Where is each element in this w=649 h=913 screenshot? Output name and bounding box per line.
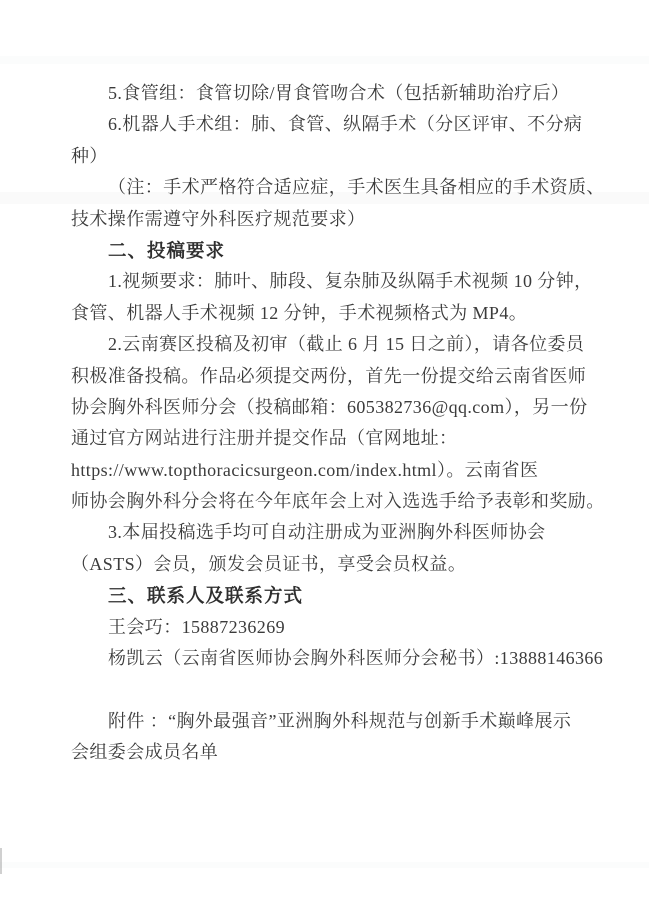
text-line: （注：手术严格符合适应症，手术医生具备相应的手术资质、 [71,172,578,203]
text-line: 积极准备投稿。作品必须提交两份，首先一份提交给云南省医师 [71,361,578,392]
document-page: 5.食管组：食管切除/胃食管吻合术（包括新辅助治疗后）6.机器人手术组：肺、食管… [0,0,649,913]
text-line: 6.机器人手术组：肺、食管、纵隔手术（分区评审、不分病 [71,109,578,140]
text-line: 5.食管组：食管切除/胃食管吻合术（包括新辅助治疗后） [71,78,578,109]
text-line: 1.视频要求：肺叶、肺段、复杂肺及纵隔手术视频 10 分钟， [71,266,578,297]
text-line: 食管、机器人手术视频 12 分钟，手术视频格式为 MP4。 [71,298,578,329]
text-line: 种） [71,141,578,172]
blank-line [71,674,578,705]
text-line: 附件 ：“胸外最强音”亚洲胸外科规范与创新手术巅峰展示 [71,706,578,737]
text-line: （ASTS）会员，颁发会员证书，享受会员权益。 [71,549,578,580]
text-line: 协会胸外科医师分会（投稿邮箱：605382736@qq.com），另一份 [71,392,578,423]
scan-edge-mark [0,848,2,874]
text-line: 技术操作需遵守外科医疗规范要求） [71,204,578,235]
text-line: 杨凯云（云南省医师协会胸外科医师分会秘书）:13888146366 [71,643,578,674]
section-heading: 三、联系人及联系方式 [71,580,578,611]
text-line: 会组委会成员名单 [71,737,578,768]
text-line: 2.云南赛区投稿及初审（截止 6 月 15 日之前），请各位委员 [71,329,578,360]
text-line: 3.本届投稿选手均可自动注册成为亚洲胸外科医师协会 [71,517,578,548]
scan-artifact-band [0,862,649,868]
text-line: 通过官方网站进行注册并提交作品（官网地址： [71,423,578,454]
document-content: 5.食管组：食管切除/胃食管吻合术（包括新辅助治疗后）6.机器人手术组：肺、食管… [71,78,578,769]
section-heading: 二、投稿要求 [71,235,578,266]
scan-artifact-band [0,56,649,64]
text-line: https://www.topthoracicsurgeon.com/index… [71,455,578,486]
text-line: 师协会胸外科分会将在今年底年会上对入选选手给予表彰和奖励。 [71,486,578,517]
text-line: 王会巧：15887236269 [71,612,578,643]
